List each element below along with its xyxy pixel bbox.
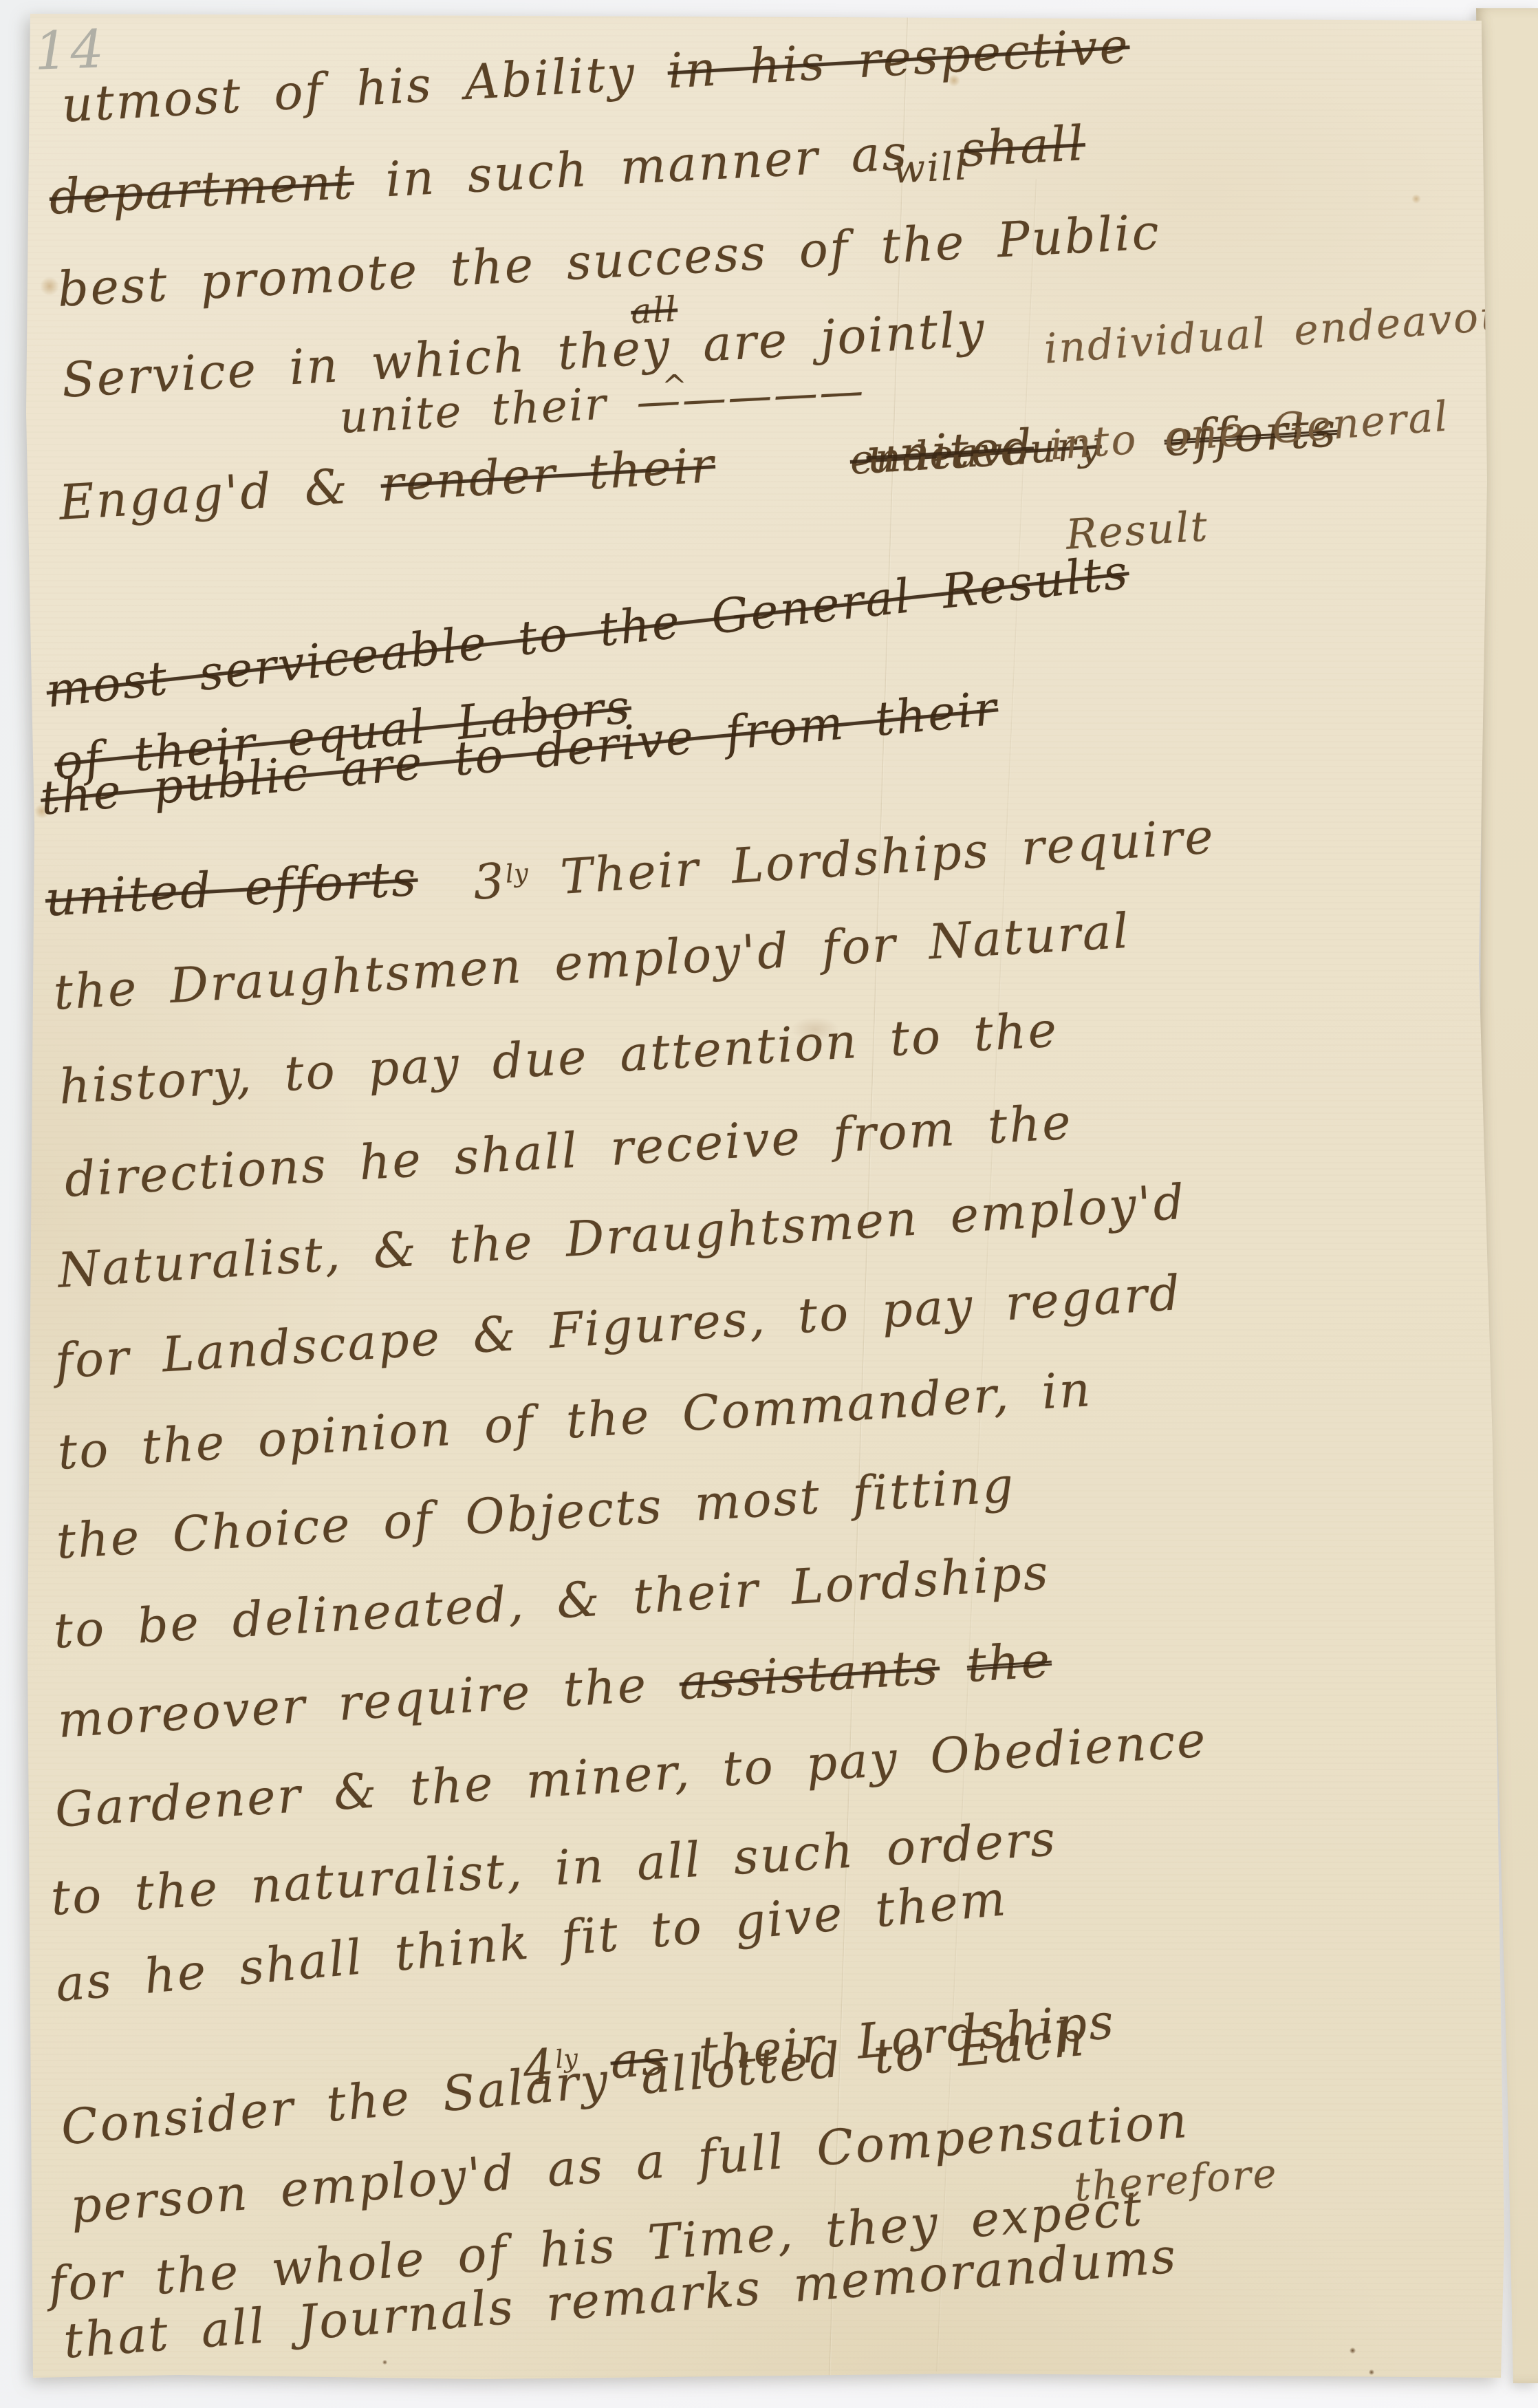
line-09b: 3ly Their Lordships require — [472, 812, 1216, 907]
line-09a: united efforts — [44, 854, 419, 923]
line-11: history, to pay due attention to the — [58, 1005, 1059, 1111]
margin-note-3: Result — [1065, 506, 1210, 556]
line-17: to be delineated, & their Lordships — [52, 1548, 1051, 1655]
line-10: the Draughtsmen employ'd for Natural — [52, 907, 1131, 1017]
line-16: the Choice of Objects most fitting — [55, 1461, 1017, 1566]
line-01: utmost of his Ability in his respective — [61, 21, 1131, 129]
handwriting-layer: utmost of his Ability in his respectived… — [0, 0, 1538, 2408]
line-18: moreover require the assistants the — [56, 1636, 1053, 1745]
line-12: directions he shall receive from the — [63, 1098, 1074, 1204]
line-15: to the opinion of the Commander, in — [56, 1365, 1094, 1476]
manuscript-page-shadow: 14 utmost of his Ability in his respecti… — [0, 0, 1538, 2408]
insert-all: all — [630, 292, 678, 328]
margin-note-therefore: therefore — [1073, 2153, 1279, 2207]
line-03: best promote the success of the Public — [56, 208, 1162, 314]
manuscript-page: 14 utmost of his Ability in his respecti… — [0, 0, 1538, 2408]
insert-will: will — [891, 147, 969, 190]
margin-note-1: individual endeavoury — [1043, 292, 1538, 370]
